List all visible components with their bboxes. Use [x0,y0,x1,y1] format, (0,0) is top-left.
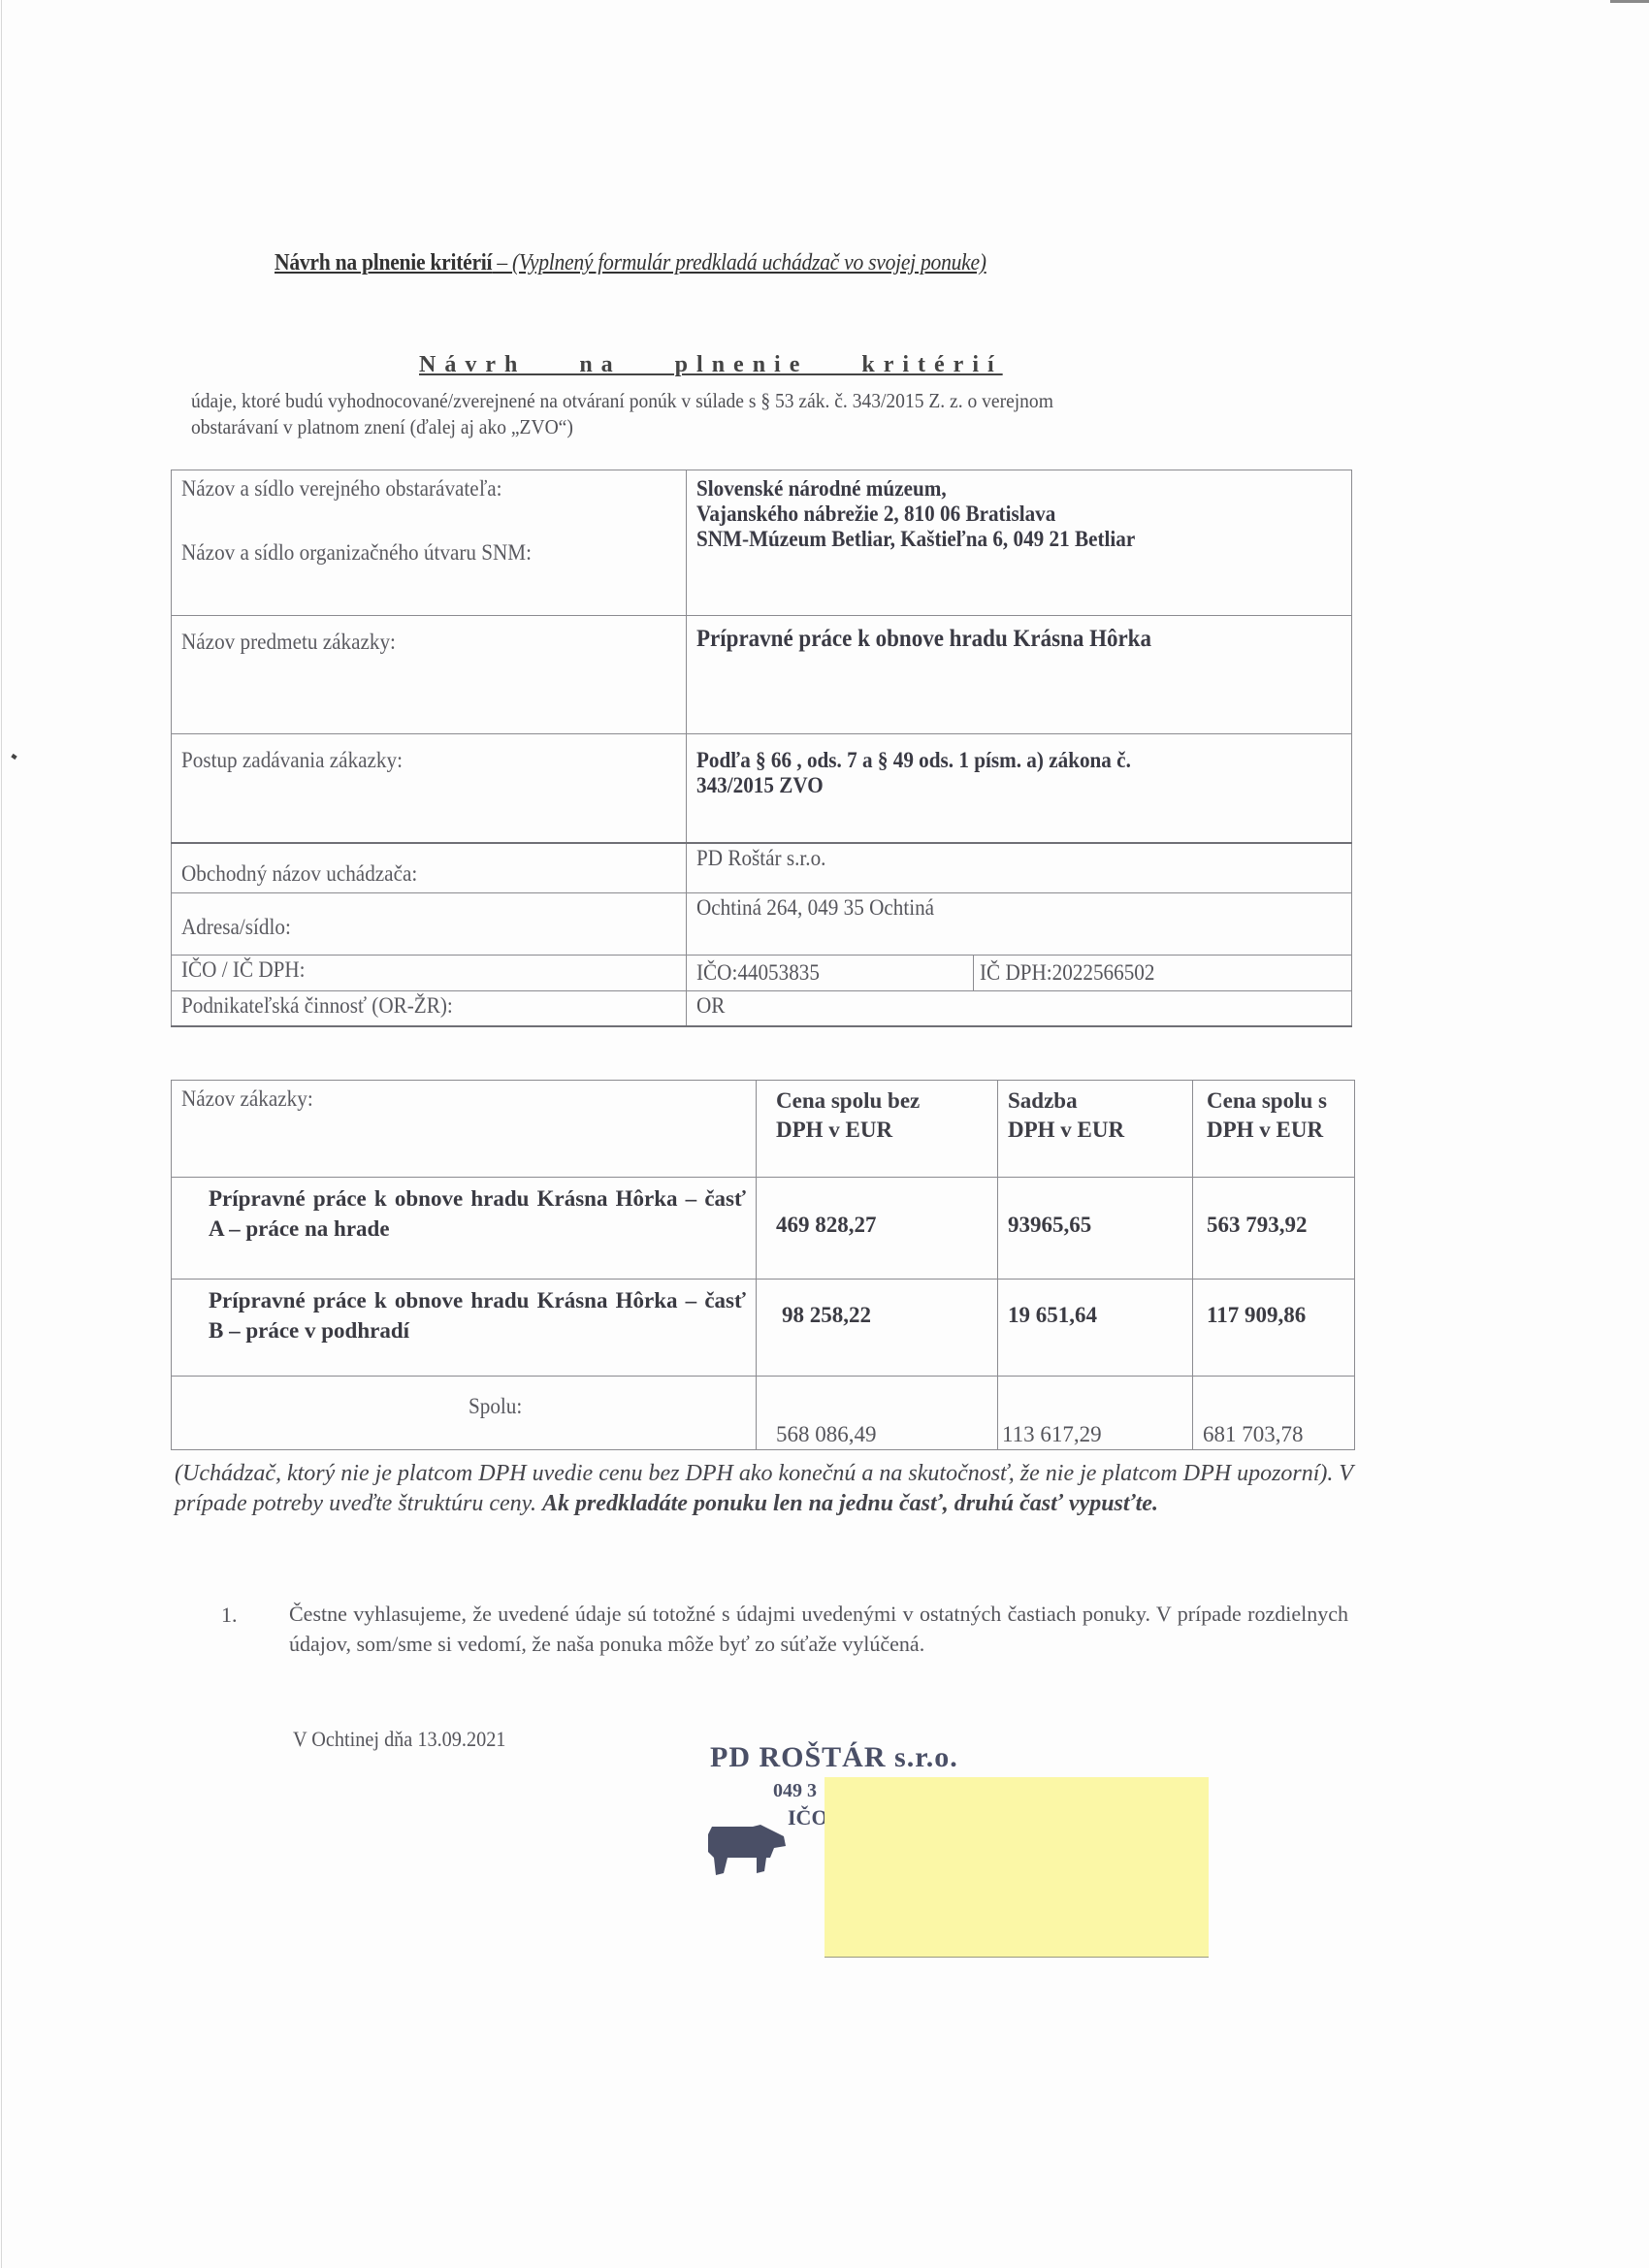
header-name-cell: Názov zákazky: [172,1081,757,1178]
header-without-vat: Cena spolu bez DPH v EUR [757,1081,998,1178]
info-label-cell: Podnikateľská činnosť (OR-ŽR): [172,991,687,1026]
total-row: Spolu: 568 086,49 113 617,29 681 703,78 [172,1377,1355,1450]
info-table: Názov a sídlo verejného obstarávateľa: N… [171,470,1352,1027]
intro-text: údaje, ktoré budú vyhodnocované/zverejne… [191,388,1274,440]
cow-icon [704,1823,792,1881]
row-name: Prípravné práce k obnove hradu Krásna Hô… [172,1178,757,1280]
document-title-italic: (Vyplnený formulár predkladá uchádzač vo… [512,250,986,275]
place-date: V Ochtinej dňa 13.09.2021 [293,1727,505,1752]
row-with-vat: 563 793,92 [1193,1178,1355,1280]
row-without-vat: 469 828,27 [757,1178,998,1280]
ico-values: IČO:44053835 IČ DPH:2022566502 [687,956,1351,990]
page-edge [1,0,2,2268]
bidder-name-label: Obchodný názov uchádzača: [181,861,417,887]
price-header-row: Názov zákazky: Cena spolu bez DPH v EUR … [172,1081,1355,1178]
info-label-cell: IČO / IČ DPH: [172,956,687,991]
scan-speck [11,754,16,760]
info-row-bidder: Obchodný názov uchádzača: PD Roštár s.r.… [172,843,1352,893]
vat-note: (Uchádzač, ktorý nie je platcom DPH uved… [175,1459,1368,1519]
info-label-cell: Názov predmetu zákazky: [172,616,687,734]
price-table: Názov zákazky: Cena spolu bez DPH v EUR … [171,1080,1355,1450]
table-row: Prípravné práce k obnove hradu Krásna Hô… [172,1280,1355,1377]
info-value-cell: PD Roštár s.r.o. [687,843,1352,893]
row-with-vat: 117 909,86 [1193,1280,1355,1377]
vat-note-emphasis: Ak predkladáte ponuku len na jednu časť,… [542,1491,1158,1516]
document-title-separator: – [492,250,512,275]
declaration-text: Čestne vyhlasujeme, že uvedené údaje sú … [289,1599,1348,1659]
info-label-cell: Postup zadávania zákazky: [172,734,687,843]
stamp-company: PD ROŠTÁR s.r.o. [710,1741,958,1774]
ico-label: IČO / IČ DPH: [181,957,306,983]
info-row-business: Podnikateľská činnosť (OR-ŽR): OR [172,991,1352,1026]
form-heading: Návrh na plnenie kritérií [419,352,1003,378]
org-unit-label: Názov a sídlo organizačného útvaru SNM: [181,540,532,566]
header-without-vat-line2: DPH v EUR [776,1116,987,1145]
info-value-cell: Prípravné práce k obnove hradu Krásna Hô… [687,616,1352,734]
header-name: Názov zákazky: [181,1086,313,1112]
procedure-value-line1: Podľa § 66 , ods. 7 a § 49 ods. 1 písm. … [696,748,1131,773]
info-value-cell: Slovenské národné múzeum, Vajanského náb… [687,470,1352,616]
header-vat-line1: Sadzba [1008,1086,1182,1116]
info-value-cell: IČO:44053835 IČ DPH:2022566502 [687,956,1352,991]
ico-value: IČO:44053835 [696,960,820,986]
scan-corner-mark [1610,0,1649,3]
document-title-bold: Návrh na plnenie kritérií [275,250,492,275]
document-title: Návrh na plnenie kritérií – (Vyplnený fo… [275,250,986,276]
icdph-cell: IČ DPH:2022566502 [974,960,1170,986]
total-label-cell: Spolu: [172,1377,757,1450]
subject-value: Prípravné práce k obnove hradu Krásna Hô… [696,626,1151,653]
total-label: Spolu: [469,1394,522,1419]
sticky-note-overlay [824,1777,1209,1957]
procedure-value-line2: 343/2015 ZVO [696,773,824,798]
table-row: Prípravné práce k obnove hradu Krásna Hô… [172,1178,1355,1280]
declaration-number: 1. [221,1603,238,1628]
business-label: Podnikateľská činnosť (OR-ŽR): [181,993,453,1019]
icdph-value: IČ DPH:2022566502 [980,960,1154,986]
header-with-vat-line2: DPH v EUR [1207,1116,1344,1145]
row-without-vat: 98 258,22 [757,1280,998,1377]
bidder-name-value: PD Roštár s.r.o. [696,846,825,871]
intro-line: údaje, ktoré budú vyhodnocované/zverejne… [191,388,1274,414]
procedure-label: Postup zadávania zákazky: [181,748,403,773]
ico-cell: IČO:44053835 [687,956,974,990]
business-value: OR [696,993,725,1019]
subject-label: Názov predmetu zákazky: [181,630,396,655]
total-with-vat: 681 703,78 [1193,1377,1355,1450]
info-label-cell: Názov a sídlo verejného obstarávateľa: N… [172,470,687,616]
info-value-cell: Podľa § 66 , ods. 7 a § 49 ods. 1 písm. … [687,734,1352,843]
contracting-authority-name: Slovenské národné múzeum, [696,476,947,502]
info-label-cell: Obchodný názov uchádzača: [172,843,687,893]
stamp-line2: 049 3 [773,1780,817,1802]
info-row-authority: Názov a sídlo verejného obstarávateľa: N… [172,470,1352,616]
info-row-ico: IČO / IČ DPH: IČO:44053835 IČ DPH:202256… [172,956,1352,991]
info-row-subject: Názov predmetu zákazky: Prípravné práce … [172,616,1352,734]
info-row-address: Adresa/sídlo: Ochtiná 264, 049 35 Ochtin… [172,893,1352,956]
total-without-vat: 568 086,49 [757,1377,998,1450]
contracting-authority-label: Názov a sídlo verejného obstarávateľa: [181,476,502,502]
header-vat-line2: DPH v EUR [1008,1116,1182,1145]
stamp-line3: IČO [788,1805,828,1831]
header-with-vat-line1: Cena spolu s [1207,1086,1344,1116]
row-vat: 19 651,64 [998,1280,1193,1377]
info-row-procedure: Postup zadávania zákazky: Podľa § 66 , o… [172,734,1352,843]
total-vat: 113 617,29 [998,1377,1193,1450]
contracting-authority-address: Vajanského nábrežie 2, 810 06 Bratislava [696,502,1055,527]
org-unit-value: SNM-Múzeum Betliar, Kaštieľna 6, 049 21 … [696,527,1135,552]
header-with-vat: Cena spolu s DPH v EUR [1193,1081,1355,1178]
address-value: Ochtiná 264, 049 35 Ochtiná [696,895,934,921]
info-value-cell: Ochtiná 264, 049 35 Ochtiná [687,893,1352,956]
header-without-vat-line1: Cena spolu bez [776,1086,987,1116]
row-name: Prípravné práce k obnove hradu Krásna Hô… [172,1280,757,1377]
company-stamp: PD ROŠTÁR s.r.o. 049 3 IČO [710,1741,958,1774]
info-value-cell: OR [687,991,1352,1026]
row-vat: 93965,65 [998,1178,1193,1280]
info-label-cell: Adresa/sídlo: [172,893,687,956]
intro-line: obstarávaní v platnom znení (ďalej aj ak… [191,414,1274,440]
header-vat: Sadzba DPH v EUR [998,1081,1193,1178]
address-label: Adresa/sídlo: [181,915,291,940]
